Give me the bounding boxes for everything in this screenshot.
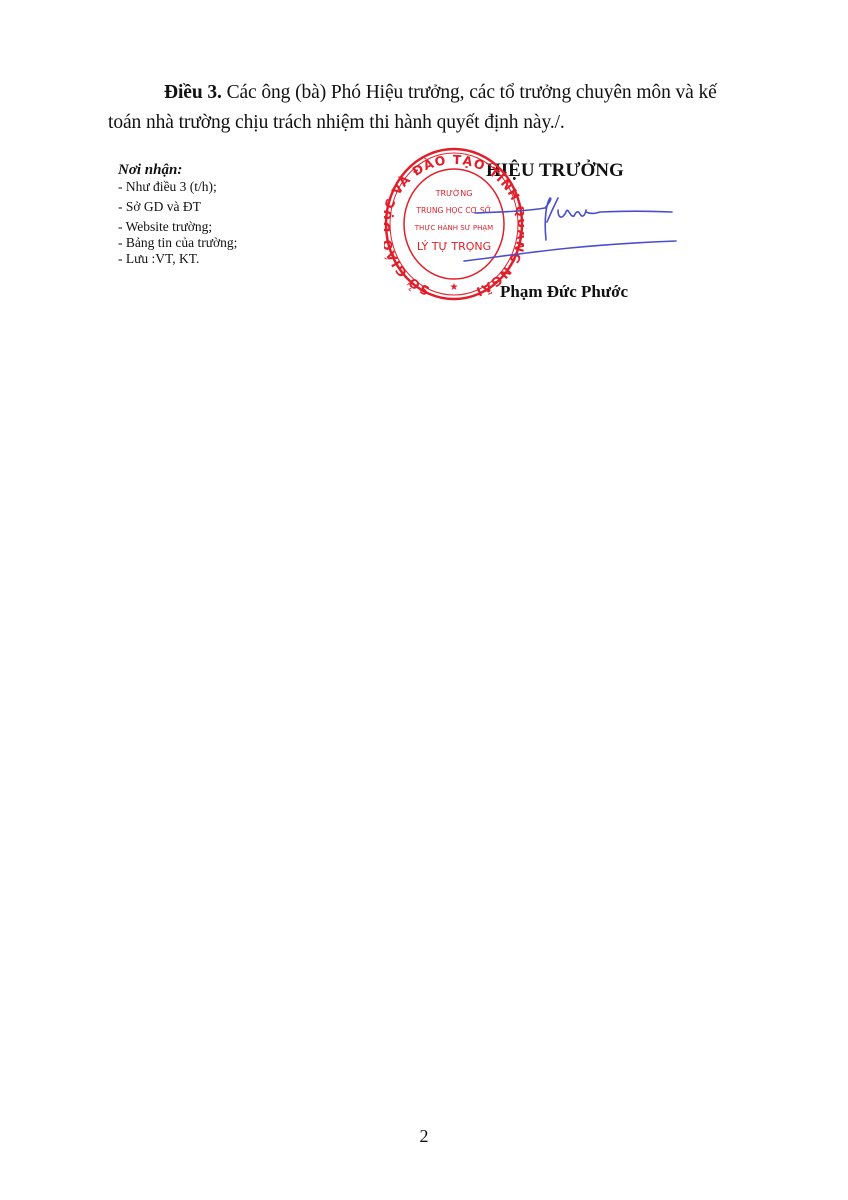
- recipient-item: - Như điều 3 (t/h);: [118, 179, 237, 195]
- article-label: Điều 3.: [164, 82, 222, 103]
- official-stamp-icon: SỞ GIÁO DỤC VÀ ĐÀO TẠO TỈNH QUẢNG NGÃI T…: [384, 144, 524, 304]
- recipients-list: - Như điều 3 (t/h); - Sở GD và ĐT - Webs…: [118, 179, 237, 267]
- recipients-title: Nơi nhận:: [118, 162, 237, 179]
- page-number: 2: [0, 1126, 848, 1147]
- recipient-item: - Lưu :VT, KT.: [118, 251, 237, 267]
- recipients-block: Nơi nhận: - Như điều 3 (t/h); - Sở GD và…: [118, 162, 237, 267]
- signature-block: HIỆU TRƯỞNG SỞ GIÁO DỤC VÀ ĐÀO TẠO TỈNH …: [380, 140, 700, 310]
- recipient-item: - Sở GD và ĐT: [118, 199, 237, 215]
- svg-text:★: ★: [450, 282, 459, 293]
- article-3-paragraph: Điều 3. Các ông (bà) Phó Hiệu trưởng, cá…: [108, 78, 748, 138]
- signer-name: Phạm Đức Phước: [500, 282, 628, 302]
- recipient-item: - Bảng tin của trường;: [118, 235, 237, 251]
- document-page: Điều 3. Các ông (bà) Phó Hiệu trưởng, cá…: [0, 0, 848, 1200]
- svg-text:THỰC HÀNH SƯ PHẠM: THỰC HÀNH SƯ PHẠM: [414, 223, 493, 232]
- svg-text:LÝ TỰ TRỌNG: LÝ TỰ TRỌNG: [417, 240, 491, 253]
- recipient-item: - Website trường;: [118, 219, 237, 235]
- article-3: Điều 3. Các ông (bà) Phó Hiệu trưởng, cá…: [108, 78, 748, 138]
- svg-text:TRUNG HỌC CƠ SỞ: TRUNG HỌC CƠ SỞ: [415, 205, 491, 215]
- svg-text:TRƯỜNG: TRƯỜNG: [435, 187, 473, 198]
